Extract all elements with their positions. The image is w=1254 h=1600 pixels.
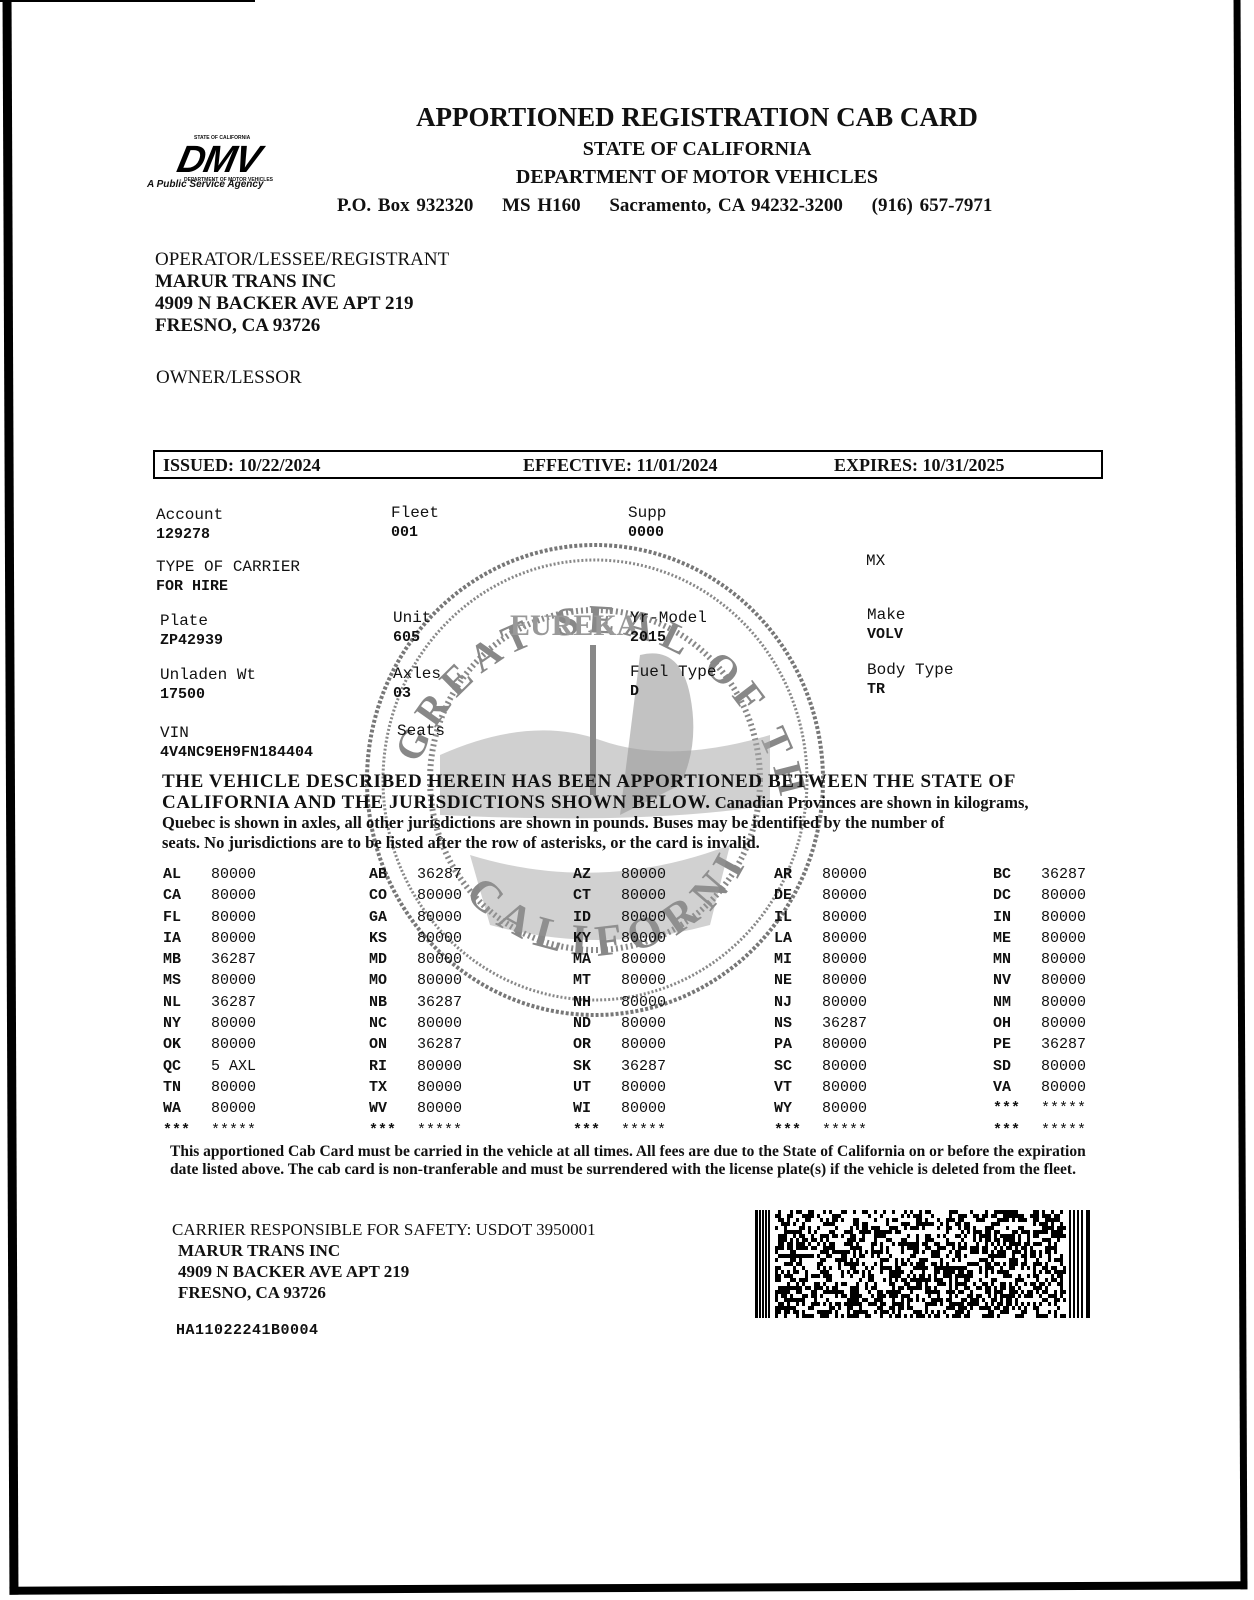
jurisdiction-code: GA xyxy=(369,909,417,926)
jurisdiction-weight: 80000 xyxy=(417,909,462,926)
jurisdiction-column: AL80000CA80000FL80000IA80000MB36287MS800… xyxy=(163,866,256,1143)
carrier-type-value: FOR HIRE xyxy=(156,577,300,597)
jurisdiction-code: NS xyxy=(774,1015,822,1032)
jurisdiction-row: ******** xyxy=(774,1122,867,1143)
jurisdiction-weight: 80000 xyxy=(1041,1015,1086,1032)
jurisdiction-row: MN80000 xyxy=(993,951,1086,972)
jurisdiction-code: RI xyxy=(369,1058,417,1075)
jurisdiction-weight: 80000 xyxy=(822,909,867,926)
jurisdiction-code: NJ xyxy=(774,994,822,1011)
jurisdiction-weight: 80000 xyxy=(621,1100,666,1117)
jurisdiction-code: PE xyxy=(993,1036,1041,1053)
supp-field: Supp0000 xyxy=(628,503,666,543)
jurisdiction-weight: 80000 xyxy=(211,930,256,947)
jurisdiction-weight: ***** xyxy=(621,1122,666,1139)
jurisdiction-weight: 80000 xyxy=(417,930,462,947)
jurisdiction-row: MA80000 xyxy=(573,951,666,972)
jurisdiction-weight: 80000 xyxy=(621,1036,666,1053)
jurisdiction-weight: 80000 xyxy=(621,1079,666,1096)
jurisdiction-weight: 80000 xyxy=(211,909,256,926)
jurisdiction-row: TN80000 xyxy=(163,1079,256,1100)
jurisdiction-weight: ***** xyxy=(417,1122,462,1139)
jurisdiction-row: SK36287 xyxy=(573,1058,666,1079)
jurisdiction-row: NC80000 xyxy=(369,1015,462,1036)
jurisdiction-row: WV80000 xyxy=(369,1100,462,1121)
jurisdiction-weight: ***** xyxy=(1041,1122,1086,1139)
jurisdiction-row: ******** xyxy=(993,1100,1086,1121)
jurisdiction-code: CA xyxy=(163,887,211,904)
jurisdiction-weight: 80000 xyxy=(822,1100,867,1117)
expires-date: EXPIRES: 10/31/2025 xyxy=(834,455,1005,476)
jurisdiction-row: DC80000 xyxy=(993,887,1086,908)
jurisdiction-code: ON xyxy=(369,1036,417,1053)
jurisdiction-code: OH xyxy=(993,1015,1041,1032)
jurisdiction-weight: 80000 xyxy=(211,887,256,904)
jurisdiction-row: QC5 AXL xyxy=(163,1058,256,1079)
jurisdiction-code: MO xyxy=(369,972,417,989)
department-name: DEPARTMENT OF MOTOR VEHICLES xyxy=(70,166,1254,189)
jurisdiction-row: MI80000 xyxy=(774,951,867,972)
jurisdiction-weight: 80000 xyxy=(822,930,867,947)
jurisdiction-row: PE36287 xyxy=(993,1036,1086,1057)
jurisdiction-code: IA xyxy=(163,930,211,947)
jurisdiction-row: VT80000 xyxy=(774,1079,867,1100)
jurisdiction-weight: 80000 xyxy=(417,972,462,989)
jurisdiction-row: IL80000 xyxy=(774,909,867,930)
jurisdiction-row: OH80000 xyxy=(993,1015,1086,1036)
jurisdiction-weight: 80000 xyxy=(1041,951,1086,968)
jurisdiction-weight: 80000 xyxy=(211,1015,256,1032)
jurisdiction-weight: 80000 xyxy=(417,887,462,904)
jurisdiction-column: AR80000DE80000IL80000LA80000MI80000NE800… xyxy=(774,866,867,1143)
jurisdiction-weight: 80000 xyxy=(822,951,867,968)
account-field: Account129278 xyxy=(156,505,223,545)
notice-line-2-caps: CALIFORNIA AND THE JURISDICTIONS SHOWN B… xyxy=(162,792,711,813)
jurisdiction-weight: 36287 xyxy=(417,866,462,883)
jurisdiction-row: NM80000 xyxy=(993,994,1086,1015)
jurisdiction-row: NY80000 xyxy=(163,1015,256,1036)
jurisdiction-row: AZ80000 xyxy=(573,866,666,887)
jurisdiction-row: IA80000 xyxy=(163,930,256,951)
jurisdiction-code: AR xyxy=(774,866,822,883)
state-name: STATE OF CALIFORNIA xyxy=(70,138,1254,161)
jurisdiction-row: FL80000 xyxy=(163,909,256,930)
body-type-value: TR xyxy=(867,680,953,700)
jurisdiction-row: WI80000 xyxy=(573,1100,666,1121)
jurisdiction-row: NB36287 xyxy=(369,994,462,1015)
contact-line: P.O. Box 932320 MS H160 Sacramento, CA 9… xyxy=(337,195,1014,217)
jurisdiction-code: MD xyxy=(369,951,417,968)
fuel-type-value: D xyxy=(630,682,716,702)
jurisdiction-code: NB xyxy=(369,994,417,1011)
plate-field: PlateZP42939 xyxy=(160,611,223,651)
jurisdiction-row: NH80000 xyxy=(573,994,666,1015)
document-id: HA11022241B0004 xyxy=(176,1322,319,1339)
cab-card-notice: This apportioned Cab Card must be carrie… xyxy=(170,1143,1095,1179)
jurisdiction-weight: 80000 xyxy=(417,951,462,968)
unit-field: Unit605 xyxy=(393,608,431,648)
jurisdiction-code: UT xyxy=(573,1079,621,1096)
jurisdiction-code: WI xyxy=(573,1100,621,1117)
jurisdiction-row: AB36287 xyxy=(369,866,462,887)
jurisdiction-row: MO80000 xyxy=(369,972,462,993)
jurisdiction-code: WA xyxy=(163,1100,211,1117)
jurisdiction-code: SK xyxy=(573,1058,621,1075)
jurisdiction-row: DE80000 xyxy=(774,887,867,908)
jurisdiction-row: ND80000 xyxy=(573,1015,666,1036)
jurisdiction-code: MA xyxy=(573,951,621,968)
fleet-field: Fleet001 xyxy=(391,503,439,543)
jurisdiction-row: AR80000 xyxy=(774,866,867,887)
carrier-type-field: TYPE OF CARRIERFOR HIRE xyxy=(156,557,300,597)
jurisdiction-row: NL36287 xyxy=(163,994,256,1015)
jurisdiction-column: AB36287CO80000GA80000KS80000MD80000MO800… xyxy=(369,866,462,1143)
yr-model-field: Yr-Model2015 xyxy=(630,608,707,648)
jurisdiction-row: WA80000 xyxy=(163,1100,256,1121)
jurisdiction-row: BC36287 xyxy=(993,866,1086,887)
jurisdiction-weight: 80000 xyxy=(1041,909,1086,926)
jurisdiction-row: NV80000 xyxy=(993,972,1086,993)
jurisdiction-code: *** xyxy=(774,1122,822,1139)
jurisdiction-code: OR xyxy=(573,1036,621,1053)
jurisdiction-row: ON36287 xyxy=(369,1036,462,1057)
jurisdiction-row: WY80000 xyxy=(774,1100,867,1121)
jurisdiction-code: NY xyxy=(163,1015,211,1032)
jurisdiction-row: OK80000 xyxy=(163,1036,256,1057)
jurisdiction-weight: ***** xyxy=(1041,1100,1086,1117)
jurisdiction-weight: 80000 xyxy=(1041,887,1086,904)
jurisdiction-weight: 80000 xyxy=(621,909,666,926)
notice-line-3: Quebec is shown in axles, all other juri… xyxy=(162,813,1102,833)
jurisdiction-row: ID80000 xyxy=(573,909,666,930)
jurisdiction-weight: 80000 xyxy=(211,1036,256,1053)
jurisdiction-code: AZ xyxy=(573,866,621,883)
carrier-city: FRESNO, CA 93726 xyxy=(172,1282,596,1303)
fuel-type-field: Fuel TypeD xyxy=(630,662,716,702)
po-box: P.O. Box 932320 xyxy=(337,195,473,216)
jurisdiction-code: *** xyxy=(369,1122,417,1139)
jurisdiction-weight: 36287 xyxy=(1041,866,1086,883)
jurisdiction-weight: 36287 xyxy=(1041,1036,1086,1053)
jurisdiction-weight: 80000 xyxy=(621,887,666,904)
jurisdiction-code: QC xyxy=(163,1058,211,1075)
jurisdiction-code: TN xyxy=(163,1079,211,1096)
jurisdiction-row: CA80000 xyxy=(163,887,256,908)
jurisdiction-code: VA xyxy=(993,1079,1041,1096)
jurisdiction-weight: 36287 xyxy=(417,994,462,1011)
jurisdiction-weight: 80000 xyxy=(417,1015,462,1032)
registrant-address: 4909 N BACKER AVE APT 219 xyxy=(155,293,449,315)
jurisdiction-code: *** xyxy=(993,1122,1041,1139)
jurisdiction-row: RI80000 xyxy=(369,1058,462,1079)
jurisdiction-row: MB36287 xyxy=(163,951,256,972)
mx-field: MX xyxy=(866,551,885,571)
jurisdiction-code: DE xyxy=(774,887,822,904)
jurisdiction-code: DC xyxy=(993,887,1041,904)
jurisdiction-row: CT80000 xyxy=(573,887,666,908)
jurisdiction-code: WY xyxy=(774,1100,822,1117)
carrier-safety-block: CARRIER RESPONSIBLE FOR SAFETY: USDOT 39… xyxy=(172,1219,596,1303)
jurisdiction-weight: 80000 xyxy=(211,866,256,883)
jurisdiction-weight: 80000 xyxy=(621,972,666,989)
jurisdiction-weight: 36287 xyxy=(822,1015,867,1032)
jurisdiction-code: NE xyxy=(774,972,822,989)
jurisdiction-weight: 80000 xyxy=(1041,1058,1086,1075)
seats-field: Seats xyxy=(397,721,445,741)
pdf417-barcode-icon xyxy=(755,1210,1093,1318)
jurisdiction-code: IN xyxy=(993,909,1041,926)
registrant-block: OPERATOR/LESSEE/REGISTRANT MARUR TRANS I… xyxy=(155,249,449,337)
jurisdiction-weight: 80000 xyxy=(621,951,666,968)
make-field: MakeVOLV xyxy=(867,605,905,645)
jurisdiction-code: NH xyxy=(573,994,621,1011)
carrier-safety-label: CARRIER RESPONSIBLE FOR SAFETY: USDOT 39… xyxy=(172,1219,596,1240)
unladen-wt-field: Unladen Wt17500 xyxy=(160,665,256,705)
city-address: Sacramento, CA 94232-3200 xyxy=(609,195,843,216)
carrier-address: 4909 N BACKER AVE APT 219 xyxy=(172,1261,596,1282)
jurisdiction-code: OK xyxy=(163,1036,211,1053)
svg-text:EUREKA: EUREKA xyxy=(510,609,639,642)
notice-line-2-rest: Canadian Provinces are shown in kilogram… xyxy=(711,793,1029,812)
jurisdiction-weight: ***** xyxy=(822,1122,867,1139)
jurisdiction-code: LA xyxy=(774,930,822,947)
jurisdiction-code: ND xyxy=(573,1015,621,1032)
supp-value: 0000 xyxy=(628,523,666,543)
jurisdiction-weight: 80000 xyxy=(822,1079,867,1096)
jurisdiction-weight: ***** xyxy=(211,1122,256,1139)
jurisdiction-row: NS36287 xyxy=(774,1015,867,1036)
jurisdiction-code: PA xyxy=(774,1036,822,1053)
unit-value: 605 xyxy=(393,628,431,648)
jurisdiction-row: MS80000 xyxy=(163,972,256,993)
jurisdiction-row: PA80000 xyxy=(774,1036,867,1057)
jurisdiction-code: SD xyxy=(993,1058,1041,1075)
jurisdiction-code: MB xyxy=(163,951,211,968)
jurisdiction-row: ******** xyxy=(369,1122,462,1143)
jurisdiction-row: ******** xyxy=(163,1122,256,1143)
document-title: APPORTIONED REGISTRATION CAB CARD xyxy=(70,102,1254,133)
jurisdiction-weight: 80000 xyxy=(822,866,867,883)
jurisdiction-row: ******** xyxy=(993,1122,1086,1143)
issued-date: ISSUED: 10/22/2024 xyxy=(163,455,321,476)
jurisdiction-row: IN80000 xyxy=(993,909,1086,930)
jurisdiction-weight: 36287 xyxy=(211,994,256,1011)
jurisdiction-weight: 80000 xyxy=(417,1058,462,1075)
jurisdiction-row: MD80000 xyxy=(369,951,462,972)
jurisdiction-code: MN xyxy=(993,951,1041,968)
jurisdiction-weight: 80000 xyxy=(211,1100,256,1117)
jurisdiction-weight: 80000 xyxy=(417,1079,462,1096)
jurisdiction-weight: 80000 xyxy=(822,972,867,989)
jurisdiction-code: NV xyxy=(993,972,1041,989)
jurisdiction-code: AB xyxy=(369,866,417,883)
jurisdiction-row: KY80000 xyxy=(573,930,666,951)
jurisdiction-weight: 80000 xyxy=(211,972,256,989)
jurisdiction-code: WV xyxy=(369,1100,417,1117)
jurisdiction-code: *** xyxy=(993,1100,1041,1117)
yr-model-value: 2015 xyxy=(630,628,707,648)
jurisdiction-code: TX xyxy=(369,1079,417,1096)
jurisdiction-row: GA80000 xyxy=(369,909,462,930)
plate-value: ZP42939 xyxy=(160,631,223,651)
jurisdiction-code: AL xyxy=(163,866,211,883)
notice-line-4: seats. No jurisdictions are to be listed… xyxy=(162,833,1102,853)
axles-value: 03 xyxy=(393,684,441,704)
jurisdiction-code: *** xyxy=(573,1122,621,1139)
jurisdiction-row: NJ80000 xyxy=(774,994,867,1015)
jurisdiction-code: ME xyxy=(993,930,1041,947)
jurisdiction-row: SD80000 xyxy=(993,1058,1086,1079)
jurisdiction-weight: 80000 xyxy=(1041,972,1086,989)
jurisdiction-code: CT xyxy=(573,887,621,904)
jurisdiction-row: NE80000 xyxy=(774,972,867,993)
jurisdiction-code: IL xyxy=(774,909,822,926)
jurisdiction-weight: 80000 xyxy=(1041,1079,1086,1096)
jurisdiction-row: UT80000 xyxy=(573,1079,666,1100)
jurisdiction-weight: 36287 xyxy=(417,1036,462,1053)
owner-label: OWNER/LESSOR xyxy=(156,367,302,389)
notice-line-1: THE VEHICLE DESCRIBED HEREIN HAS BEEN AP… xyxy=(162,772,1102,792)
jurisdiction-weight: 80000 xyxy=(822,887,867,904)
jurisdiction-row: LA80000 xyxy=(774,930,867,951)
jurisdiction-weight: 80000 xyxy=(1041,930,1086,947)
jurisdiction-code: MT xyxy=(573,972,621,989)
vin-field: VIN4V4NC9EH9FN184404 xyxy=(160,723,313,763)
jurisdiction-column: BC36287DC80000IN80000ME80000MN80000NV800… xyxy=(993,866,1086,1143)
unladen-wt-value: 17500 xyxy=(160,685,256,705)
jurisdiction-weight: 80000 xyxy=(621,1015,666,1032)
jurisdiction-row: ******** xyxy=(573,1122,666,1143)
jurisdiction-column: AZ80000CT80000ID80000KY80000MA80000MT800… xyxy=(573,866,666,1143)
jurisdiction-weight: 80000 xyxy=(211,1079,256,1096)
jurisdiction-code: NM xyxy=(993,994,1041,1011)
jurisdiction-code: KS xyxy=(369,930,417,947)
jurisdiction-weight: 80000 xyxy=(822,1036,867,1053)
mail-stop: MS H160 xyxy=(502,195,581,216)
jurisdiction-weight: 80000 xyxy=(621,930,666,947)
jurisdiction-row: CO80000 xyxy=(369,887,462,908)
jurisdiction-weight: 80000 xyxy=(621,866,666,883)
jurisdiction-code: KY xyxy=(573,930,621,947)
jurisdiction-weight: 36287 xyxy=(621,1058,666,1075)
body-type-field: Body TypeTR xyxy=(867,660,953,700)
jurisdiction-code: CO xyxy=(369,887,417,904)
vin-value: 4V4NC9EH9FN184404 xyxy=(160,743,313,763)
jurisdiction-weight: 80000 xyxy=(621,994,666,1011)
jurisdiction-row: KS80000 xyxy=(369,930,462,951)
jurisdiction-code: NC xyxy=(369,1015,417,1032)
dates-box: ISSUED: 10/22/2024 EFFECTIVE: 11/01/2024… xyxy=(153,450,1103,479)
jurisdiction-code: SC xyxy=(774,1058,822,1075)
jurisdiction-code: NL xyxy=(163,994,211,1011)
make-value: VOLV xyxy=(867,625,905,645)
effective-date: EFFECTIVE: 11/01/2024 xyxy=(523,455,718,476)
jurisdiction-code: ID xyxy=(573,909,621,926)
jurisdiction-row: OR80000 xyxy=(573,1036,666,1057)
jurisdiction-weight: 80000 xyxy=(822,1058,867,1075)
jurisdiction-row: VA80000 xyxy=(993,1079,1086,1100)
jurisdiction-weight: 80000 xyxy=(1041,994,1086,1011)
account-value: 129278 xyxy=(156,525,223,545)
jurisdiction-weight: 80000 xyxy=(417,1100,462,1117)
jurisdiction-row: AL80000 xyxy=(163,866,256,887)
carrier-name: MARUR TRANS INC xyxy=(172,1240,596,1261)
jurisdiction-code: FL xyxy=(163,909,211,926)
jurisdiction-row: ME80000 xyxy=(993,930,1086,951)
jurisdiction-row: TX80000 xyxy=(369,1079,462,1100)
jurisdiction-weight: 80000 xyxy=(822,994,867,1011)
registrant-label: OPERATOR/LESSEE/REGISTRANT xyxy=(155,249,449,271)
jurisdiction-weight: 5 AXL xyxy=(211,1058,256,1075)
jurisdiction-code: BC xyxy=(993,866,1041,883)
jurisdiction-code: MS xyxy=(163,972,211,989)
jurisdiction-row: SC80000 xyxy=(774,1058,867,1079)
axles-field: Axles03 xyxy=(393,664,441,704)
jurisdiction-code: MI xyxy=(774,951,822,968)
jurisdiction-row: MT80000 xyxy=(573,972,666,993)
jurisdiction-code: *** xyxy=(163,1122,211,1139)
jurisdiction-code: VT xyxy=(774,1079,822,1096)
registrant-name: MARUR TRANS INC xyxy=(155,271,449,293)
apportionment-notice: THE VEHICLE DESCRIBED HEREIN HAS BEEN AP… xyxy=(162,772,1102,853)
jurisdiction-weight: 36287 xyxy=(211,951,256,968)
fleet-value: 001 xyxy=(391,523,439,543)
registrant-city: FRESNO, CA 93726 xyxy=(155,315,449,337)
phone-number: (916) 657-7971 xyxy=(872,195,993,216)
